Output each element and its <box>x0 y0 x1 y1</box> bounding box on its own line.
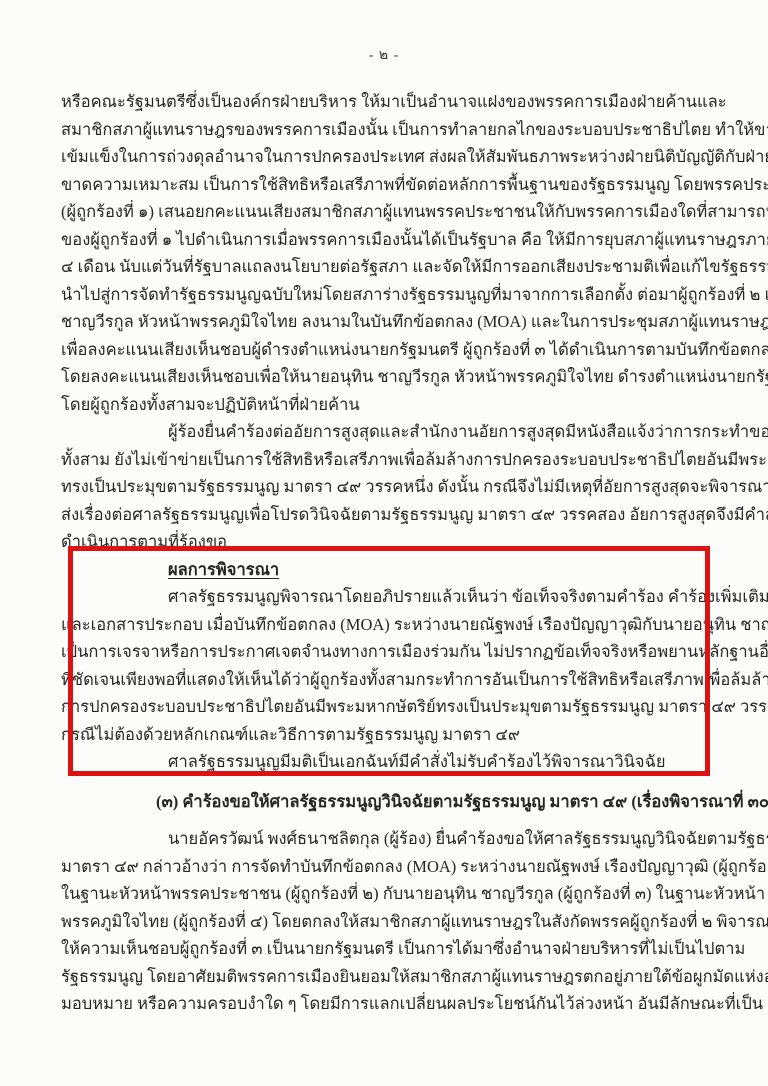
text-line: นำไปสู่การจัดทำรัฐธรรมนูญฉบับใหม่โดยสภาร… <box>61 281 707 309</box>
text-line: เป็นการเจรจาหรือการประกาศเจตจำนงทางการเม… <box>61 638 707 666</box>
text-line: เพื่อลงคะแนนเสียงเห็นชอบผู้ดำรงตำแหน่งนา… <box>61 336 707 364</box>
document-body: หรือคณะรัฐมนตรีซึ่งเป็นองค์กรฝ่ายบริหาร … <box>61 88 707 1018</box>
text-line: โดยผู้ถูกร้องทั้งสามจะปฏิบัติหน้าที่ฝ่าย… <box>61 391 707 419</box>
text-line: หรือคณะรัฐมนตรีซึ่งเป็นองค์กรฝ่ายบริหาร … <box>61 88 707 116</box>
text-line: ที่ชัดเจนเพียงพอที่แสดงให้เห็นได้ว่าผู้ถ… <box>61 666 707 694</box>
text-line: ของผู้ถูกร้องที่ ๑ ไปดำเนินการเมื่อพรรคก… <box>61 226 707 254</box>
page-number: - ๒ - <box>0 44 768 66</box>
text-line: ดำเนินการตามที่ร้องขอ <box>61 528 707 556</box>
text-line: (ผู้ถูกร้องที่ ๑) เสนอยกคะแนนเสียงสมาชิก… <box>61 198 707 226</box>
paragraph-petition-30-2568: นายอัครวัฒน์ พงศ์ธนาชลิตกุล (ผู้ร้อง) ยื… <box>61 825 707 1018</box>
text-line: โดยลงคะแนนเสียงเห็นชอบเพื่อให้นายอนุทิน … <box>61 363 707 391</box>
text-line: พรรคภูมิใจไทย (ผู้ถูกร้องที่ ๔) โดยตกลงใ… <box>61 908 707 936</box>
text-line: การปกครองระบอบประชาธิปไตยอันมีพระมหากษัต… <box>61 693 707 721</box>
paragraph-continued-from-previous-page: หรือคณะรัฐมนตรีซึ่งเป็นองค์กรฝ่ายบริหาร … <box>61 88 707 418</box>
text-line: เข้มแข็งในการถ่วงดุลอำนาจในการปกครองประเ… <box>61 143 707 171</box>
text-line: ๔ เดือน นับแต่วันที่รัฐบาลแถลงนโยบายต่อร… <box>61 253 707 281</box>
text-line: กรณีไม่ต้องด้วยหลักเกณฑ์และวิธีการตามรัฐ… <box>61 721 707 749</box>
text-line: มอบหมาย หรือความครอบงำใด ๆ โดยมีการแลกเป… <box>61 990 707 1018</box>
document-page: - ๒ - หรือคณะรัฐมนตรีซึ่งเป็นองค์กรฝ่ายบ… <box>0 0 768 1086</box>
text-line: ศาลรัฐธรรมนูญพิจารณาโดยอภิปรายแล้วเห็นว่… <box>61 583 707 611</box>
text-line: รัฐธรรมนูญ โดยอาศัยมติพรรคการเมืองยินยอม… <box>61 963 707 991</box>
text-line: มาตรา ๔๙ กล่าวอ้างว่า การจัดทำบันทึกข้อต… <box>61 853 707 881</box>
text-line: ในฐานะหัวหน้าพรรคประชาชน (ผู้ถูกร้องที่ … <box>61 880 707 908</box>
text-line: ทรงเป็นประมุขตามรัฐธรรมนูญ มาตรา ๔๙ วรรค… <box>61 473 707 501</box>
text-line: ส่งเรื่องต่อศาลรัฐธรรมนูญเพื่อโปรดวินิจฉ… <box>61 501 707 529</box>
text-line: ศาลรัฐธรรมนูญมีมติเป็นเอกฉันท์มีคำสั่งไม… <box>61 748 707 776</box>
text-line: ชาญวีรกูล หัวหน้าพรรคภูมิใจไทย ลงนามในบั… <box>61 308 707 336</box>
text-line: สมาชิกสภาผู้แทนราษฎรของพรรคการเมืองนั้น … <box>61 116 707 144</box>
paragraph-attorney-general: ผู้ร้องยื่นคำร้องต่ออัยการสูงสุดและสำนัก… <box>61 418 707 556</box>
result-section-heading: ผลการพิจารณา <box>61 556 707 584</box>
section3-heading: (๓) คำร้องขอให้ศาลรัฐธรรมนูญวินิจฉัยตามร… <box>61 788 707 816</box>
text-line: ขาดความเหมาะสม เป็นการใช้สิทธิหรือเสรีภา… <box>61 171 707 199</box>
result-section: ผลการพิจารณา ศาลรัฐธรรมนูญพิจารณาโดยอภิป… <box>61 556 707 776</box>
text-line: ให้ความเห็นชอบผู้ถูกร้องที่ ๓ เป็นนายกรั… <box>61 935 707 963</box>
text-line: ผู้ร้องยื่นคำร้องต่ออัยการสูงสุดและสำนัก… <box>61 418 707 446</box>
text-line: ทั้งสาม ยังไม่เข้าข่ายเป็นการใช้สิทธิหรื… <box>61 446 707 474</box>
text-line: และเอกสารประกอบ เมื่อบันทึกข้อตกลง (MOA)… <box>61 611 707 639</box>
result-section-body: ศาลรัฐธรรมนูญพิจารณาโดยอภิปรายแล้วเห็นว่… <box>61 583 707 776</box>
text-line: นายอัครวัฒน์ พงศ์ธนาชลิตกุล (ผู้ร้อง) ยื… <box>61 825 707 853</box>
